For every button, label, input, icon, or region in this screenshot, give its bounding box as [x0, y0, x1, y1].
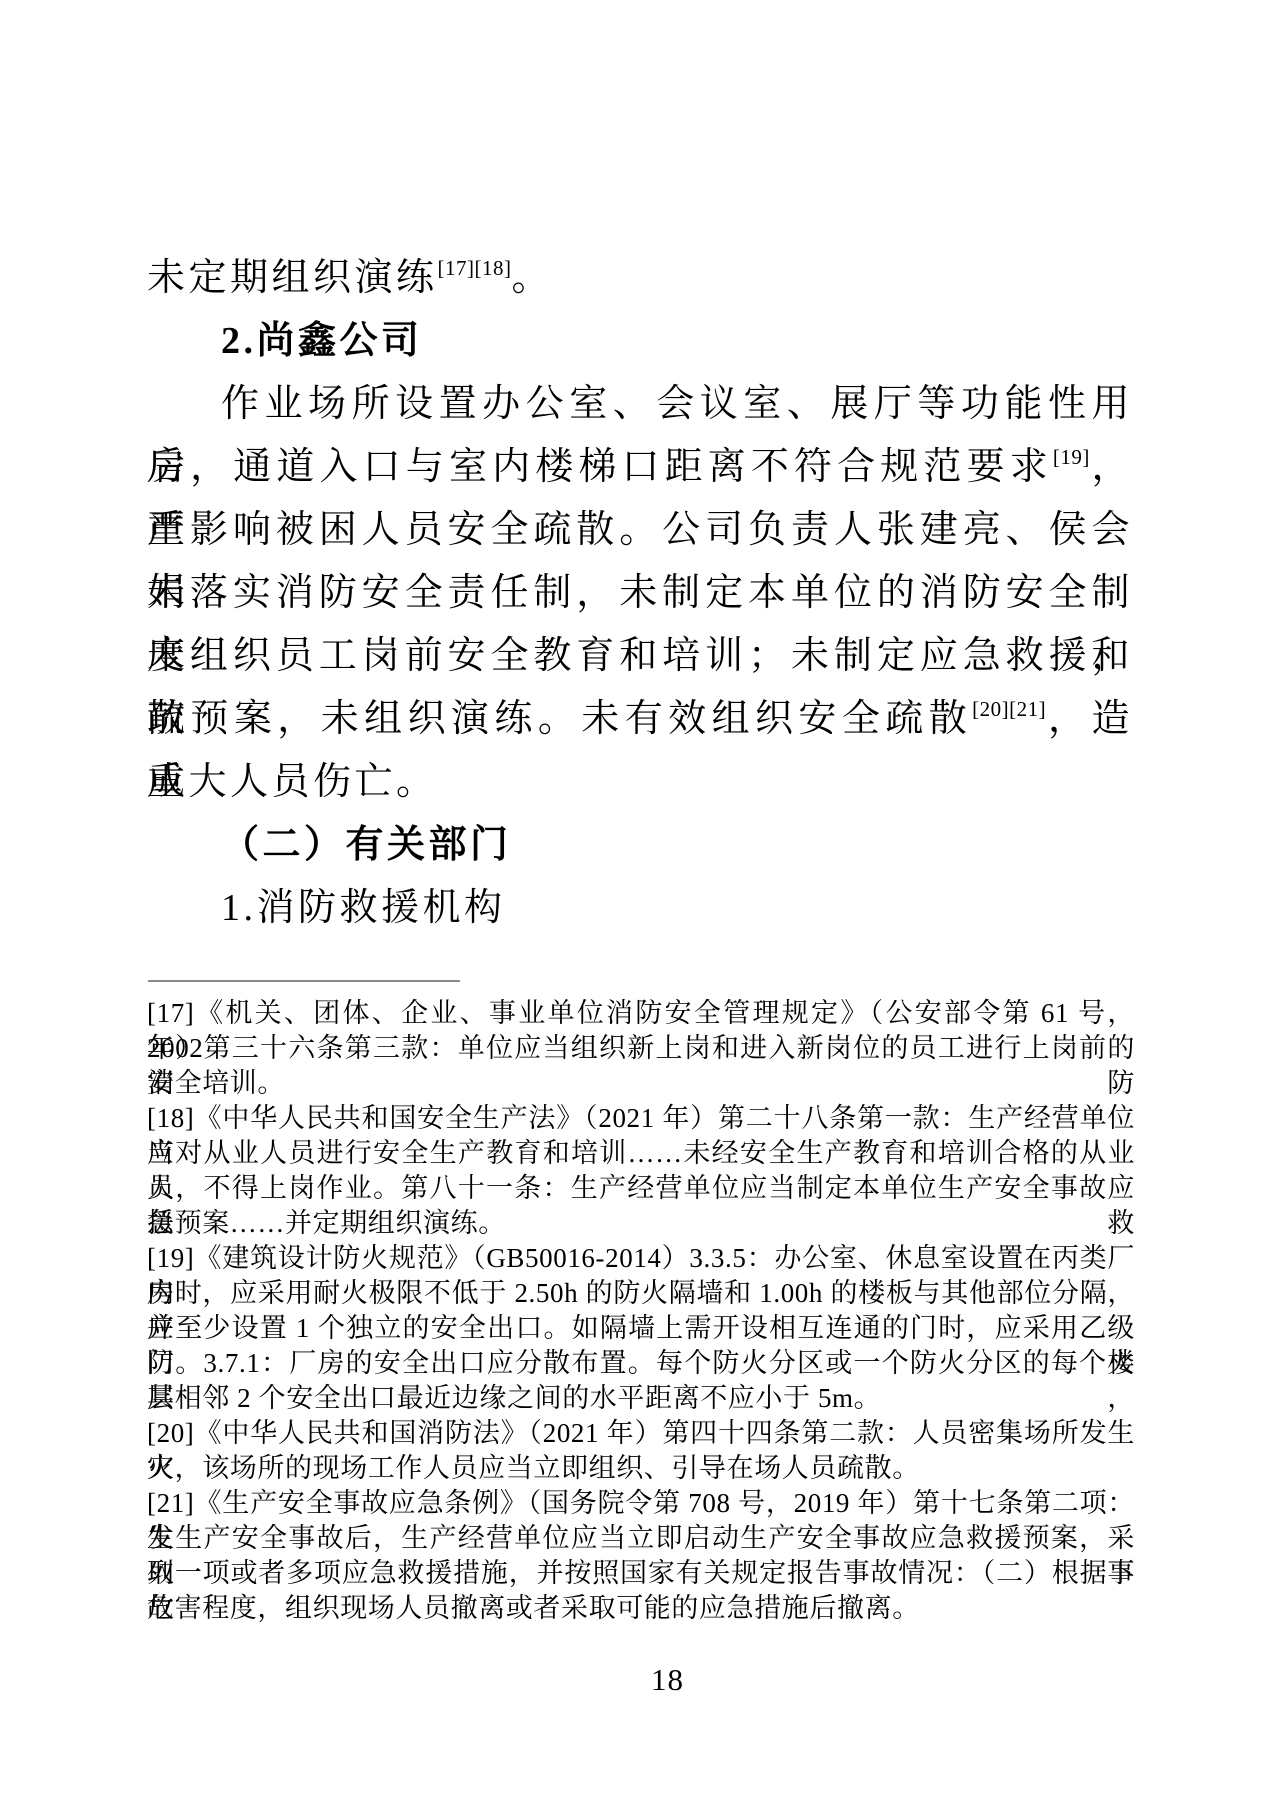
footnote-line: 危害程度，组织现场人员撤离或者采取可能的应急措施后撤离。 [147, 1591, 1135, 1626]
body-text-line: 未定期组织演练[17][18]。 [147, 247, 1133, 310]
body-text: 未定期组织演练[17][18]。 2.尚鑫公司 作业场所设置办公室、会议室、展厅… [147, 247, 1133, 940]
footnote-separator [148, 980, 460, 982]
footnote-line: 当对从业人员进行安全生产教育和培训……未经安全生产教育和培训合格的从业人 [147, 1136, 1135, 1171]
footnote-line: 年）第三十六条第三款：单位应当组织新上岗和进入新岗位的员工进行上岗前的消防 [147, 1031, 1135, 1066]
footnote-line: [17]《机关、团体、企业、事业单位消防安全管理规定》（公安部令第 61 号，2… [147, 996, 1135, 1031]
body-text-segment: 未定期组织演练 [147, 257, 438, 299]
footnote-line: 灾，该场所的现场工作人员应当立即组织、引导在场人员疏散。 [147, 1451, 1135, 1486]
body-text-line: 未组织员工岗前安全教育和培训；未制定应急救援和疏 [147, 625, 1133, 688]
footnote-reference: [19] [1053, 445, 1090, 469]
body-text-line: 重大人员伤亡。 [147, 751, 1133, 814]
footnote-line: 员，不得上岗作业。第八十一条：生产经营单位应当制定本单位生产安全事故应急救 [147, 1171, 1135, 1206]
body-text-line: 重影响被困人员安全疏散。公司负责人张建亮、侯会娟 [147, 499, 1133, 562]
body-text-segment: 。 [512, 257, 554, 299]
body-text-line: 后，通道入口与室内楼梯口距离不符合规范要求[19]，严 [147, 436, 1133, 499]
body-text-segment: 散预案，未组织演练。未有效组织安全疏散 [147, 698, 972, 740]
footnote-reference: [17][18] [438, 256, 512, 280]
footnote-line: 生生产安全事故后，生产经营单位应当立即启动生产安全事故应急救援预案，采取下 [147, 1521, 1135, 1556]
footnote-line: [19]《建筑设计防火规范》（GB50016-2014）3.3.5：办公室、休息… [147, 1241, 1135, 1276]
section-heading-departments: （二）有关部门 [147, 814, 1133, 877]
page-number: 18 [0, 1662, 1280, 1698]
body-text-line: 未落实消防安全责任制，未制定本单位的消防安全制度， [147, 562, 1133, 625]
footnote-line: [20]《中华人民共和国消防法》（2021 年）第四十四条第二款：人员密集场所发… [147, 1416, 1135, 1451]
body-text-line: 散预案，未组织演练。未有效组织安全疏散[20][21]，造成 [147, 688, 1133, 751]
footnote-reference: [20][21] [972, 697, 1046, 721]
footnotes: [17]《机关、团体、企业、事业单位消防安全管理规定》（公安部令第 61 号，2… [147, 996, 1135, 1626]
footnote-line: 门。3.7.1：厂房的安全出口应分散布置。每个防火分区或一个防火分区的每个楼层， [147, 1346, 1135, 1381]
footnote-line: 列一项或者多项应急救援措施，并按照国家有关规定报告事故情况：（二）根据事故 [147, 1556, 1135, 1591]
footnote-line: 内时，应采用耐火极限不低于 2.50h 的防火隔墙和 1.00h 的楼板与其他部… [147, 1276, 1135, 1311]
footnote-line: [18]《中华人民共和国安全生产法》（2021 年）第二十八条第一款：生产经营单… [147, 1101, 1135, 1136]
footnote-line: [21]《生产安全事故应急条例》（国务院令第 708 号，2019 年）第十七条… [147, 1486, 1135, 1521]
document-page: 未定期组织演练[17][18]。 2.尚鑫公司 作业场所设置办公室、会议室、展厅… [0, 0, 1280, 1809]
body-text-line: 作业场所设置办公室、会议室、展厅等功能性用房 [147, 373, 1133, 436]
section-heading-company: 2.尚鑫公司 [147, 310, 1133, 373]
footnote-line: 应至少设置 1 个独立的安全出口。如隔墙上需开设相互连通的门时，应采用乙级防火 [147, 1311, 1135, 1346]
section-heading-fire-rescue: 1.消防救援机构 [147, 877, 1133, 940]
body-text-segment: 后，通道入口与室内楼梯口距离不符合规范要求 [147, 446, 1053, 488]
